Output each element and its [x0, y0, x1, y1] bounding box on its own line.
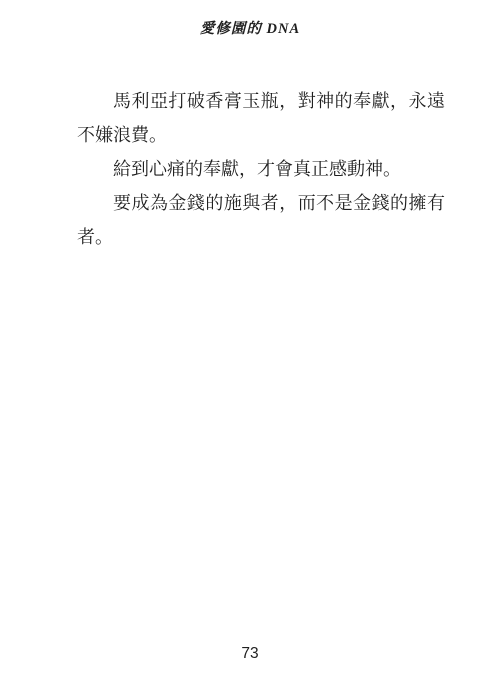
running-header: 愛修園的 DNA: [0, 17, 500, 38]
paragraph: 要成為金錢的施與者，而不是金錢的擁有者。: [77, 186, 445, 254]
paragraph: 給到心痛的奉獻，才會真正感動神。: [77, 152, 445, 186]
book-page: 愛修園的 DNA 馬利亞打破香膏玉瓶，對神的奉獻，永遠不嫌浪費。 給到心痛的奉獻…: [0, 0, 500, 700]
paragraph: 馬利亞打破香膏玉瓶，對神的奉獻，永遠不嫌浪費。: [77, 84, 445, 152]
page-body: 馬利亞打破香膏玉瓶，對神的奉獻，永遠不嫌浪費。 給到心痛的奉獻，才會真正感動神。…: [77, 84, 445, 254]
page-number: 73: [0, 645, 500, 663]
